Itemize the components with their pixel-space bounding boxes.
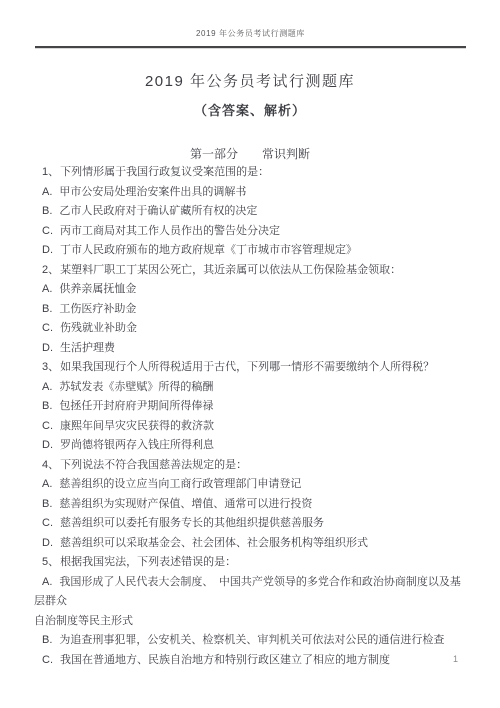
option-label: D. [42, 244, 53, 256]
question-number: 4、 [42, 459, 59, 471]
option-text: 伤残就业补助金 [60, 322, 137, 334]
option-label: D. [42, 342, 53, 354]
question-line: 2、某塑料厂职工丁某因公死亡，其近亲属可以依法从工伤保险基金领取： [34, 261, 467, 281]
question-line: 1、下列情形属于我国行政复议受案范围的是： [34, 163, 467, 183]
option-text: 供养亲属抚恤金 [59, 283, 136, 295]
question-number: 3、 [42, 361, 59, 373]
question-line: 3、如果我国现行个人所得税适用于古代，下列哪一情形不需要缴纳个人所得税？ [34, 358, 467, 378]
option-row: C.康熙年间旱灾灾民获得的救济款 [34, 417, 467, 437]
option-label: A. [42, 381, 52, 393]
option-row: D.丁市人民政府颁布的地方政府规章《丁市城市市容管理规定》 [34, 241, 467, 261]
option-text: 慈善组织可以委托有服务专长的其他组织提供慈善服务 [60, 517, 324, 529]
option-text: 丁市人民政府颁布的地方政府规章《丁市城市市容管理规定》 [60, 244, 357, 256]
question-1: 1、下列情形属于我国行政复议受案范围的是： A.甲市公安局处理治安案件出具的调解… [34, 163, 467, 261]
option-row: C.慈善组织可以委托有服务专长的其他组织提供慈善服务 [34, 514, 467, 534]
option-row: B.工伤医疗补助金 [34, 300, 467, 320]
option-label: C. [42, 517, 53, 529]
option-label: A. [42, 283, 52, 295]
document-page: 2019 年公务员考试行测题库 2019 年公务员考试行测题库 （含答案、解析）… [0, 0, 500, 708]
option-text: 苏轼发表《赤壁赋》所得的稿酬 [59, 381, 213, 393]
question-list: 1、下列情形属于我国行政复议受案范围的是： A.甲市公安局处理治安案件出具的调解… [34, 163, 467, 670]
option-row: A.甲市公安局处理治安案件出具的调解书 [34, 183, 467, 203]
option-text: 工伤医疗补助金 [59, 303, 136, 315]
option-text: 生活护理费 [60, 342, 115, 354]
option-label: A. [42, 186, 52, 198]
option-text: 康熙年间旱灾灾民获得的救济款 [60, 420, 214, 432]
option-label: B. [42, 400, 52, 412]
option-label: D. [42, 439, 53, 451]
question-2: 2、某塑料厂职工丁某因公死亡，其近亲属可以依法从工伤保险基金领取： A.供养亲属… [34, 261, 467, 359]
running-header: 2019 年公务员考试行测题库 [35, 28, 466, 39]
option-row: A.慈善组织的设立应当向工商行政管理部门申请登记 [34, 475, 467, 495]
question-number: 1、 [42, 166, 59, 178]
option-text: 为追查刑事犯罪，公安机关、检察机关、审判机关可依法对公民的通信进行检查 [59, 634, 444, 646]
doc-title: 2019 年公务员考试行测题库 [0, 70, 500, 91]
option-row: A.我国形成了人民代表大会制度、 中国共产党领导的多党合作和政治协商制度以及基层… [34, 573, 467, 632]
option-label: B. [42, 303, 52, 315]
option-label: B. [42, 498, 52, 510]
question-stem: 如果我国现行个人所得税适用于古代，下列哪一情形不需要缴纳个人所得税？ [60, 361, 434, 373]
page-number: 1 [453, 654, 458, 664]
option-text: 我国形成了人民代表大会制度、 中国共产党领导的多党合作和政治协商制度以及基层群众… [34, 576, 461, 627]
option-row: A.供养亲属抚恤金 [34, 280, 467, 300]
option-label: C. [42, 654, 53, 666]
option-row: D.慈善组织可以采取基金会、社会团体、社会服务机构等组织形式 [34, 534, 467, 554]
option-row: C.伤残就业补助金 [34, 319, 467, 339]
option-row: B.慈善组织为实现财产保值、增值、通常可以进行投资 [34, 495, 467, 515]
option-row: B.包拯任开封府府尹期间所得俸禄 [34, 397, 467, 417]
question-line: 4、下列说法不符合我国慈善法规定的是： [34, 456, 467, 476]
option-label: B. [42, 634, 52, 646]
option-label: D. [42, 537, 53, 549]
question-stem: 根据我国宪法，下列表述错误的是： [60, 556, 236, 568]
doc-subtitle: （含答案、解析） [0, 100, 500, 119]
option-text: 慈善组织可以采取基金会、社会团体、社会服务机构等组织形式 [60, 537, 368, 549]
header-rule [35, 46, 466, 49]
question-number: 2、 [42, 264, 59, 276]
option-label: B. [42, 205, 52, 217]
option-text: 罗尚德将银两存入钱庄所得利息 [60, 439, 214, 451]
option-text: 甲市公安局处理治安案件出具的调解书 [59, 186, 246, 198]
option-row: C.丙市工商局对其工作人员作出的警告处分决定 [34, 222, 467, 242]
question-5: 5、根据我国宪法，下列表述错误的是： A.我国形成了人民代表大会制度、 中国共产… [34, 553, 467, 670]
question-line: 5、根据我国宪法，下列表述错误的是： [34, 553, 467, 573]
question-stem: 某塑料厂职工丁某因公死亡，其近亲属可以依法从工伤保险基金领取： [60, 264, 401, 276]
option-text: 我国在普通地方、民族自治地方和特别行政区建立了相应的地方制度 [60, 654, 390, 666]
option-label: C. [42, 420, 53, 432]
option-text: 包拯任开封府府尹期间所得俸禄 [59, 400, 213, 412]
question-number: 5、 [42, 556, 59, 568]
section-heading: 第一部分 常识判断 [0, 145, 500, 162]
question-stem: 下列说法不符合我国慈善法规定的是： [60, 459, 247, 471]
option-text: 慈善组织为实现财产保值、增值、通常可以进行投资 [59, 498, 312, 510]
option-row: B.为追查刑事犯罪，公安机关、检察机关、审判机关可依法对公民的通信进行检查 [34, 631, 467, 651]
option-text: 乙市人民政府对于确认矿藏所有权的决定 [59, 205, 257, 217]
option-row: C.我国在普通地方、民族自治地方和特别行政区建立了相应的地方制度 [34, 651, 467, 671]
question-stem: 下列情形属于我国行政复议受案范围的是： [60, 166, 269, 178]
question-3: 3、如果我国现行个人所得税适用于古代，下列哪一情形不需要缴纳个人所得税？ A.苏… [34, 358, 467, 456]
option-text: 慈善组织的设立应当向工商行政管理部门申请登记 [59, 478, 301, 490]
option-row: A.苏轼发表《赤壁赋》所得的稿酬 [34, 378, 467, 398]
option-label: A. [42, 478, 52, 490]
option-row: D.罗尚德将银两存入钱庄所得利息 [34, 436, 467, 456]
question-4: 4、下列说法不符合我国慈善法规定的是： A.慈善组织的设立应当向工商行政管理部门… [34, 456, 467, 554]
option-label: C. [42, 322, 53, 334]
option-row: D.生活护理费 [34, 339, 467, 359]
option-text: 丙市工商局对其工作人员作出的警告处分决定 [60, 225, 280, 237]
option-label: C. [42, 225, 53, 237]
option-label: A. [42, 576, 52, 588]
option-row: B.乙市人民政府对于确认矿藏所有权的决定 [34, 202, 467, 222]
